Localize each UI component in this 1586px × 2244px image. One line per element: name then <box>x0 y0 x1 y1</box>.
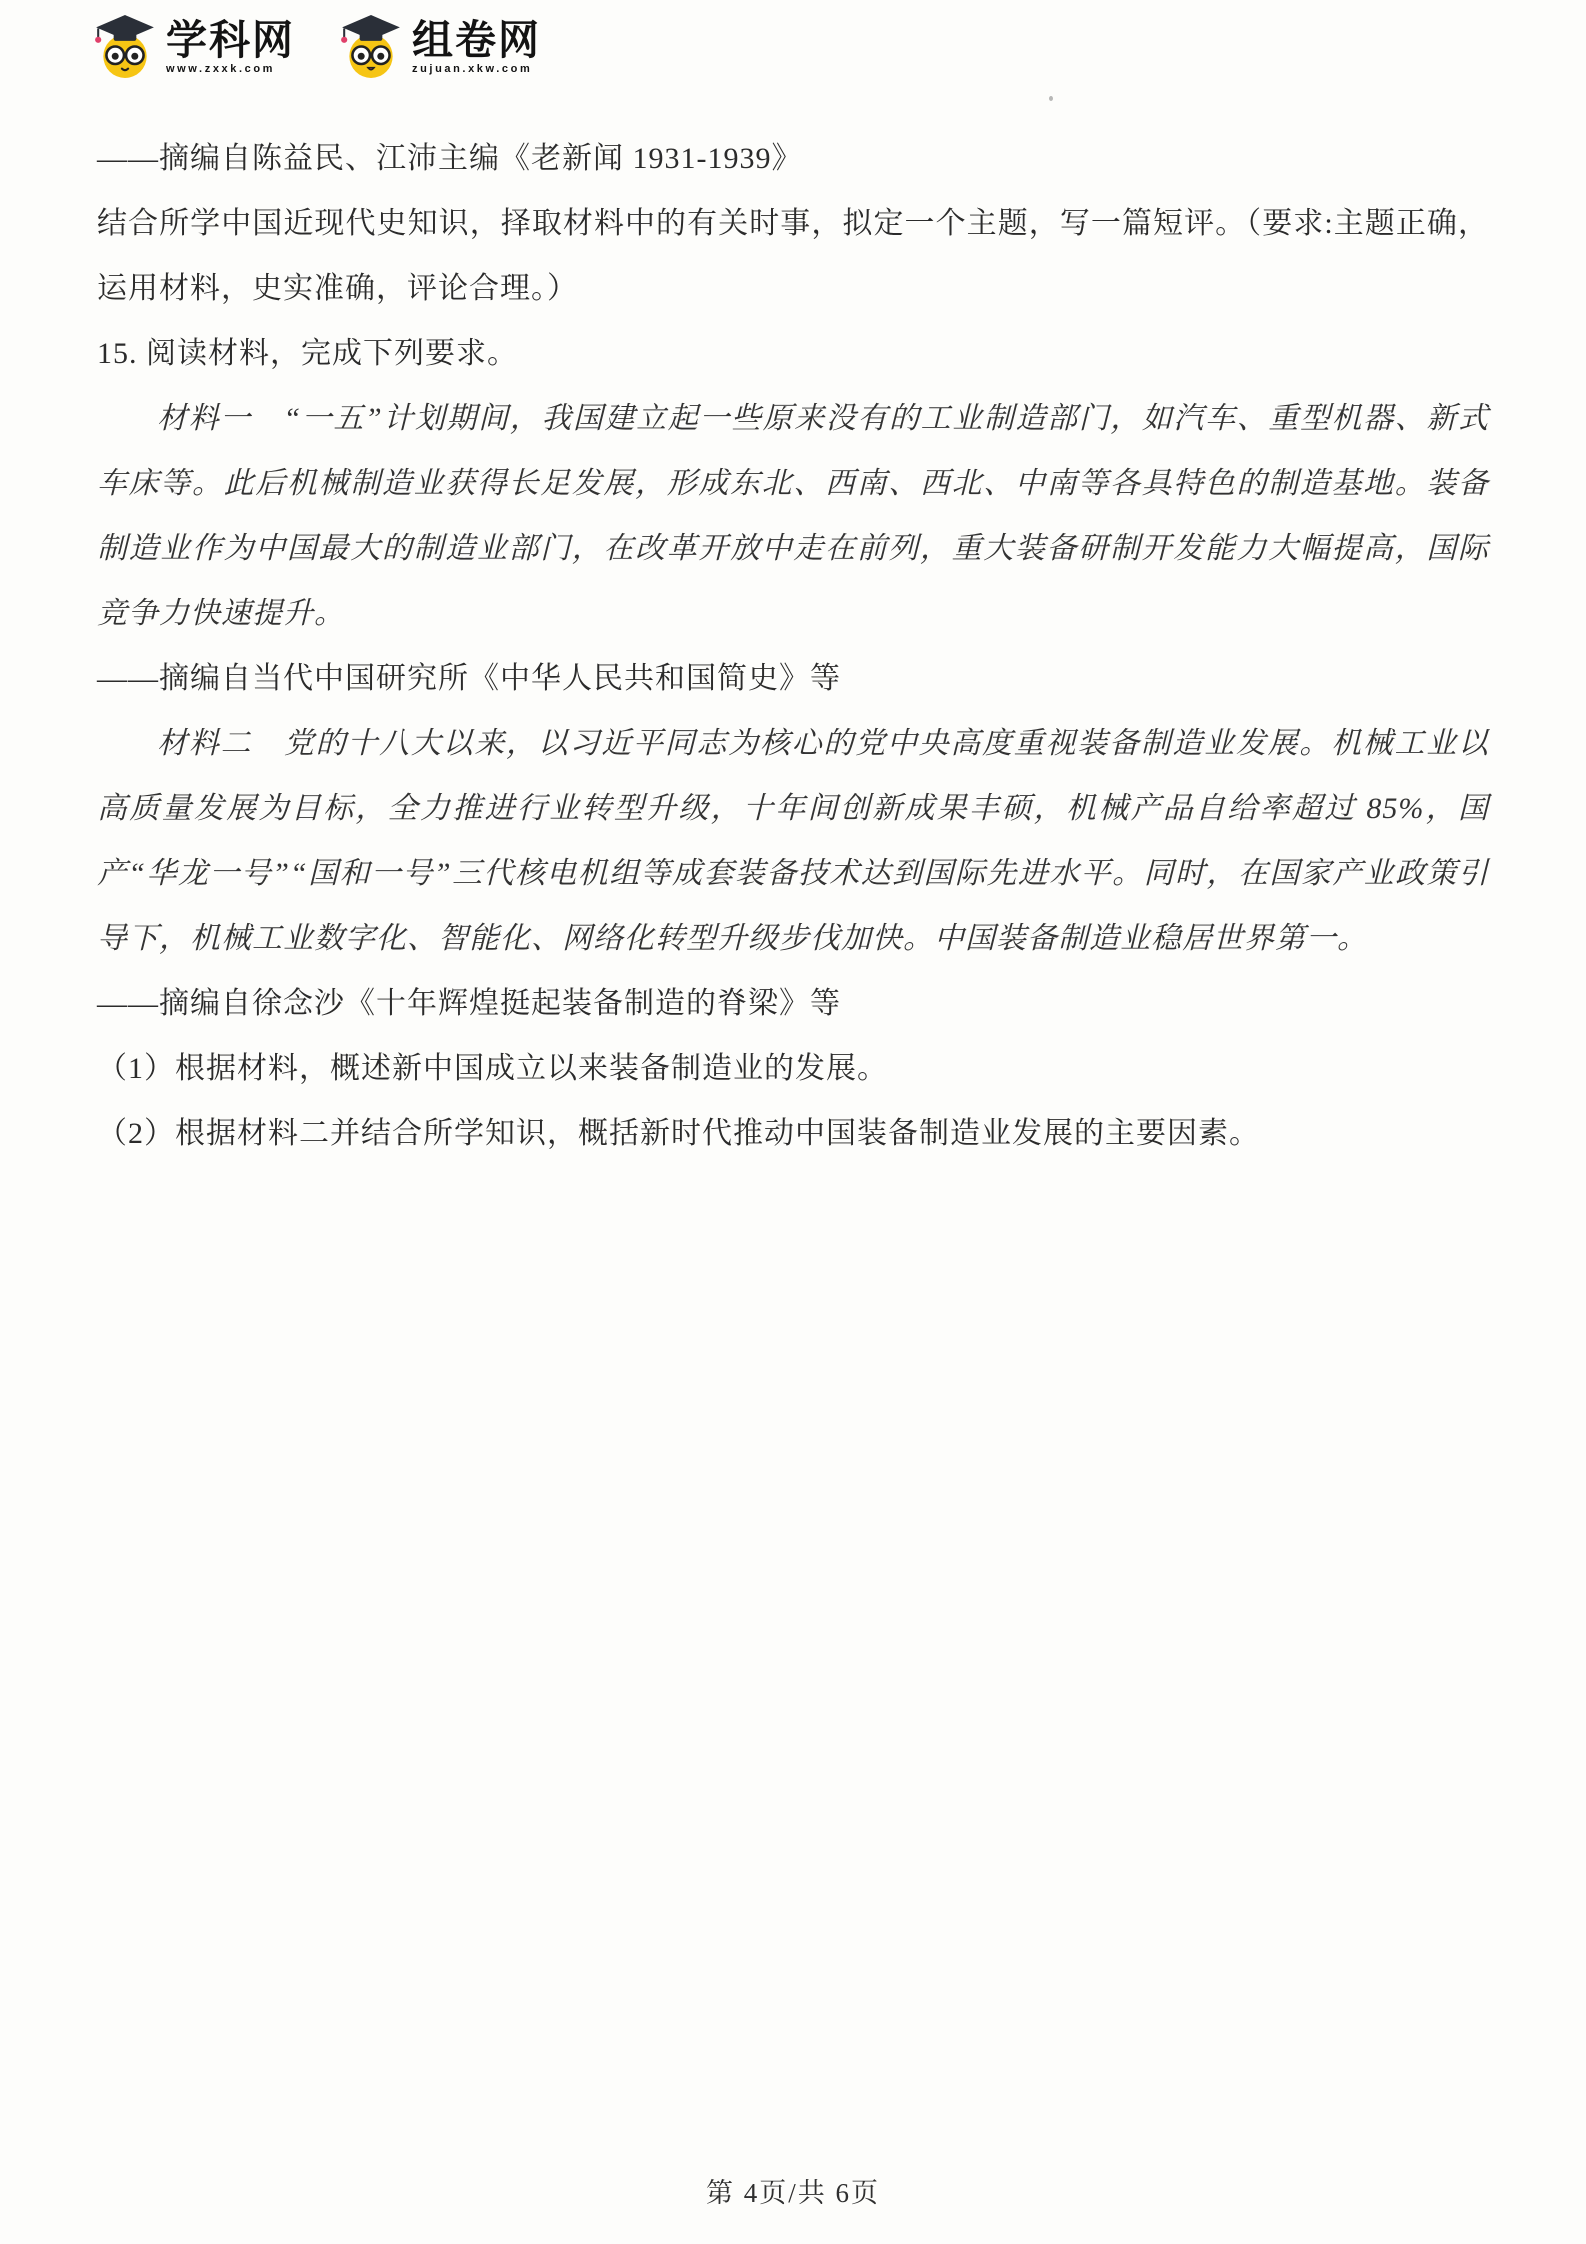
zujuan-logo-name: 组卷网 <box>412 19 541 62</box>
owl-mascot-icon <box>93 14 157 80</box>
attribution-source-1: ——摘编自陈益民、江沛主编《老新闻 1931-1939》 <box>97 126 1489 191</box>
zxxk-logo-url: www.zxxk.com <box>166 63 275 75</box>
material-2-paragraph: 材料二 党的十八大以来，以习近平同志为核心的党中央高度重视装备制造业发展。机械工… <box>97 711 1489 971</box>
document-body: ——摘编自陈益民、江沛主编《老新闻 1931-1939》 结合所学中国近现代史知… <box>97 126 1489 1166</box>
zxxk-logo-text: 学科网 www.zxxk.com <box>166 19 295 75</box>
question-15-heading: 15. 阅读材料，完成下列要求。 <box>97 321 1489 386</box>
task-paragraph: 结合所学中国近现代史知识，择取材料中的有关时事，拟定一个主题，写一篇短评。（要求… <box>97 191 1489 321</box>
zujuan-logo-text: 组卷网 zujuan.xkw.com <box>412 19 541 75</box>
page-indicator: 第 4页/共 6页 <box>706 2178 880 2208</box>
material-1-paragraph: 材料一 “一五”计划期间，我国建立起一些原来没有的工业制造部门，如汽车、重型机器… <box>97 386 1489 646</box>
zujuan-logo-url: zujuan.xkw.com <box>412 63 532 75</box>
zxxk-logo-name: 学科网 <box>166 19 295 62</box>
zxxk-logo: 学科网 www.zxxk.com <box>93 14 295 80</box>
attribution-source-3: ——摘编自徐念沙《十年辉煌挺起装备制造的脊梁》等 <box>97 971 1489 1036</box>
scan-artifact-dot <box>1049 96 1053 101</box>
attribution-source-2: ——摘编自当代中国研究所《中华人民共和国简史》等 <box>97 646 1489 711</box>
sub-question-2: （2）根据材料二并结合所学知识，概括新时代推动中国装备制造业发展的主要因素。 <box>97 1101 1489 1166</box>
owl-mascot-icon <box>339 14 403 80</box>
exam-paper-page: 学科网 www.zxxk.com 组卷网 zujuan.xkw.com <box>0 0 1586 2244</box>
page-footer: 第 4页/共 6页 <box>0 2171 1586 2210</box>
zujuan-logo: 组卷网 zujuan.xkw.com <box>339 14 541 80</box>
sub-question-1: （1）根据材料，概述新中国成立以来装备制造业的发展。 <box>97 1036 1489 1101</box>
header-logos: 学科网 www.zxxk.com 组卷网 zujuan.xkw.com <box>93 14 541 80</box>
